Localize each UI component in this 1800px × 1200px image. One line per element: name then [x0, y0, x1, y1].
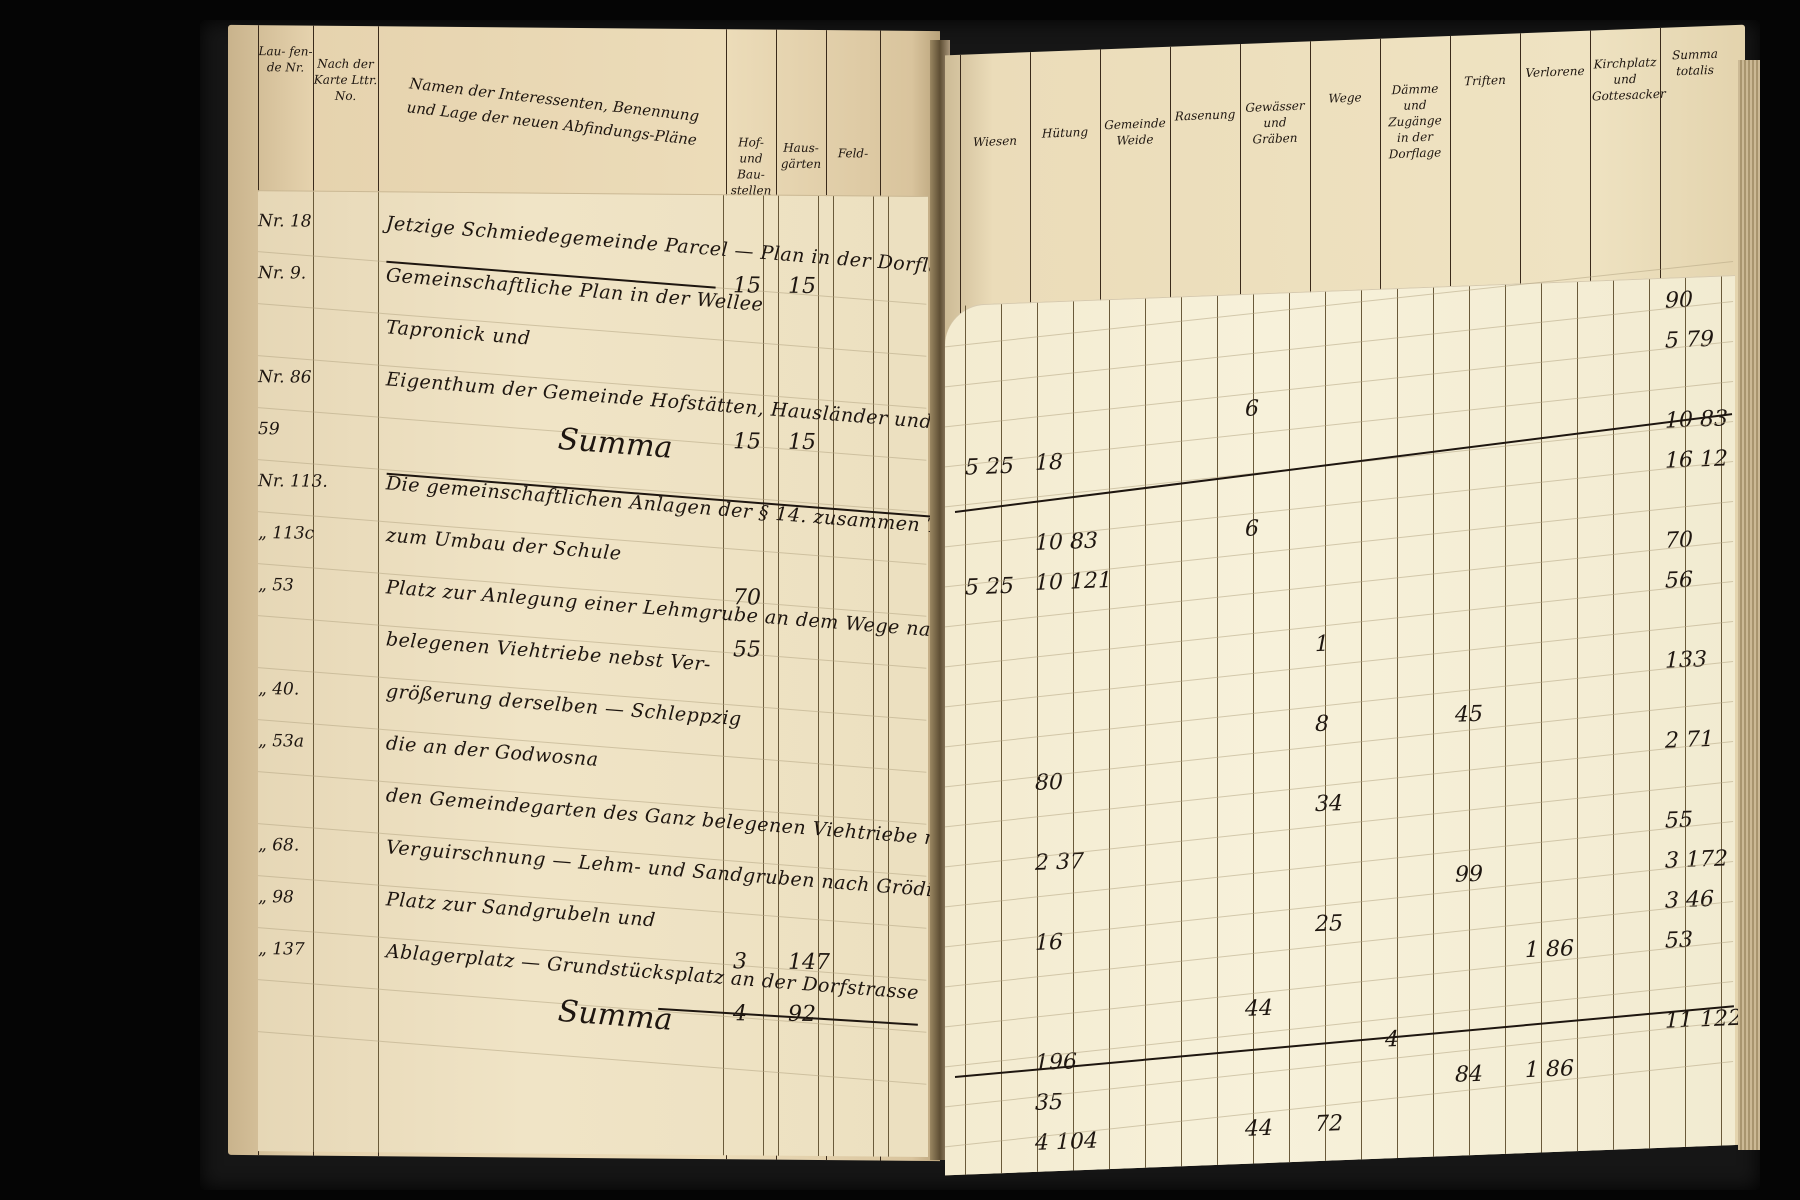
right-column-header: Wiesen — [962, 132, 1028, 151]
page-edges — [1738, 60, 1760, 1150]
row-description: größerung derselben — Schleppzig — [385, 680, 742, 730]
row-value: 55 — [733, 637, 761, 662]
right-column-header: Kirchplatz und Gottesacker — [1592, 54, 1658, 105]
row-reference: „ 113c — [258, 523, 314, 543]
row-description: Platz zur Sandgrubeln und — [385, 888, 656, 931]
row-reference: Nr. 86 — [258, 367, 312, 387]
row-description: Tapronick und — [385, 316, 531, 349]
right-column-header: Summa totalis — [1662, 45, 1728, 80]
right-page: WiesenHütungGemeinde WeideRasenungGewäss… — [945, 25, 1745, 1176]
row-reference: „ 137 — [258, 939, 305, 959]
row-reference: „ 53a — [258, 731, 304, 751]
header-house-gardens: Haus- gärten — [776, 140, 826, 172]
row-value: 3 — [733, 949, 747, 974]
right-rows: 905 7965 251810 8316 1210 8365 2510 1217… — [945, 276, 1735, 306]
summa-totalis-value: 5 79 — [1665, 327, 1714, 354]
row-reference: „ 53 — [258, 575, 294, 595]
summa-totalis-value: 16 12 — [1665, 446, 1728, 473]
row-value: 147 — [788, 950, 830, 975]
cell-value: 25 — [1315, 911, 1343, 937]
cell-value: 84 — [1455, 1062, 1483, 1088]
cell-value: 72 — [1315, 1111, 1343, 1137]
cell-value: 44 — [1245, 996, 1273, 1022]
row-value: 15 — [788, 274, 816, 299]
right-column-header: Verlorene — [1522, 63, 1588, 82]
summa-totalis-value: 55 — [1665, 808, 1693, 834]
summa-totalis-value: 3 46 — [1665, 887, 1714, 914]
row-value: 15 — [788, 430, 816, 455]
cell-value: 1 — [1315, 632, 1329, 658]
right-column-header: Hütung — [1032, 123, 1098, 142]
row-value: 92 — [788, 1002, 816, 1027]
summa-totalis-value: 2 71 — [1665, 727, 1714, 754]
cell-value: 44 — [1245, 1116, 1273, 1142]
left-page: Lau- fen- de Nr. Nach der Karte Lttr. No… — [228, 25, 940, 1161]
right-column-header: Gemeinde Weide — [1102, 115, 1168, 150]
row-reference: „ 40. — [258, 679, 299, 699]
summa-totalis-value: 70 — [1665, 528, 1693, 554]
row-reference: „ 68. — [258, 835, 299, 855]
row-reference: Nr. 18 — [258, 211, 312, 231]
row-description: belegenen Viehtriebe nebst Ver- — [385, 628, 711, 675]
row-reference: „ 98 — [258, 887, 294, 907]
row-value: 15 — [733, 429, 761, 454]
header-names: Namen der Interessenten, Benennung und L… — [396, 70, 709, 153]
cell-value: 5 25 — [965, 574, 1014, 601]
cell-value: 5 25 — [965, 454, 1014, 481]
right-column-header: Wege — [1312, 89, 1378, 108]
right-column-header: Rasenung — [1172, 106, 1238, 125]
summa-label: Summa — [557, 994, 674, 1038]
summa-totalis-value: 133 — [1665, 647, 1707, 674]
cell-value: 6 — [1245, 396, 1259, 422]
row-description: Jetzige Schmiedegemeinde Parcel — Plan i… — [385, 212, 940, 279]
cell-value: 34 — [1315, 791, 1343, 817]
left-rows: Nr. 18Jetzige Schmiedegemeinde Parcel — … — [258, 191, 928, 197]
row-reference: 59 — [258, 419, 280, 439]
cell-value: 6 — [1245, 516, 1259, 542]
header-building-sites: Hof- und Bau- stellen — [726, 134, 776, 198]
summa-label: Summa — [557, 422, 674, 466]
summa-totalis-value: 90 — [1665, 288, 1693, 314]
row-description: Gemeinschaftliche Plan in der Wellee — [385, 264, 764, 316]
right-column-header: Dämme und Zugänge in der Dorflage — [1382, 80, 1448, 163]
cell-value: 45 — [1455, 702, 1483, 728]
row-reference: Nr. 9. — [258, 263, 306, 283]
row-value: 70 — [733, 585, 761, 610]
inserted-sheet-right: 905 7965 251810 8316 1210 8365 2510 1217… — [945, 275, 1735, 1175]
cell-value: 8 — [1315, 712, 1329, 738]
cell-value: 4 — [1385, 1027, 1399, 1053]
header-map-number: Nach der Karte Lttr. No. — [313, 56, 378, 105]
cell-value: 99 — [1455, 862, 1483, 888]
right-column-header: Triften — [1452, 71, 1518, 90]
summa-totalis-value: 53 — [1665, 928, 1693, 954]
header-field: Feld- — [826, 145, 880, 161]
header-running-number: Lau- fen- de Nr. — [258, 43, 313, 75]
right-column-header: Gewässer und Gräben — [1242, 97, 1308, 148]
row-reference: Nr. 113. — [258, 471, 328, 492]
summa-totalis-value: 3 172 — [1665, 846, 1728, 873]
inserted-sheet: Nr. 18Jetzige Schmiedegemeinde Parcel — … — [258, 190, 928, 1157]
summa-totalis-value: 56 — [1665, 568, 1693, 594]
row-value: 15 — [733, 273, 761, 298]
